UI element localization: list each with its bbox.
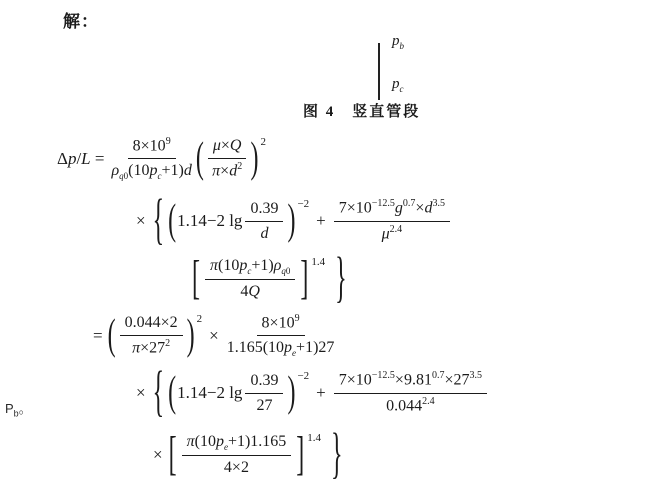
eq4-exponent: 2 xyxy=(197,313,203,325)
eq2-open-text: 1.14−2 lg xyxy=(177,211,242,231)
plus-sign: + xyxy=(316,383,326,403)
eq2-frac2-numerator: 7×10−12.5g0.7×d3.5 xyxy=(334,198,450,221)
left-paren: ( xyxy=(168,199,176,242)
eq4-frac1-numerator: 0.044×2 xyxy=(120,313,183,336)
equation-line-4: = ( 0.044×2 π×272 ) 2 × 8×109 1.165(10pe… xyxy=(93,307,337,365)
eq2-frac1-numerator: 0.39 xyxy=(245,199,283,222)
eq4-fraction-1: 0.044×2 π×272 xyxy=(120,313,183,358)
times-sign: × xyxy=(153,445,163,465)
eq6-frac-numerator: π(10pe+1)1.165 xyxy=(182,432,292,456)
pressure-label-pb: pb xyxy=(392,33,404,51)
pipe-segment-line xyxy=(378,43,380,100)
right-brace: } xyxy=(335,251,347,307)
eq1-frac2-numerator: μ×Q xyxy=(208,136,247,159)
right-paren: ) xyxy=(250,137,258,180)
left-paren: ( xyxy=(168,371,176,414)
pressure-label-pc: pc xyxy=(392,76,404,94)
right-paren: ) xyxy=(287,371,295,414)
equation-line-3: [ π(10pc+1)ρq0 4Q ] 1.4 } xyxy=(190,250,350,308)
eq6-frac-denominator: 4×2 xyxy=(224,456,249,478)
right-bracket: ] xyxy=(296,431,304,479)
eq5-frac1-denominator: 27 xyxy=(256,394,272,416)
eq5-frac2-numerator: 7×10−12.5×9.810.7×273.5 xyxy=(334,370,487,393)
eq6-exponent: 1.4 xyxy=(307,432,321,444)
eq5-frac1-numerator: 0.39 xyxy=(245,371,283,394)
times-sign: × xyxy=(136,211,146,231)
eq4-frac1-denominator: π×272 xyxy=(132,336,170,358)
figure-caption: 图 4 竖直管段 xyxy=(303,100,420,121)
eq1-exponent: 2 xyxy=(260,136,266,148)
eq4-frac2-numerator: 8×109 xyxy=(257,313,305,336)
eq6-fraction: π(10pe+1)1.165 4×2 xyxy=(182,432,292,478)
margin-note-pb: Pb。 xyxy=(5,398,32,419)
eq2-fraction-2: 7×10−12.5g0.7×d3.5 μ2.4 xyxy=(334,198,450,244)
left-bracket: [ xyxy=(169,431,177,479)
right-brace: } xyxy=(331,427,343,483)
eq5-fraction-2: 7×10−12.5×9.810.7×273.5 0.0442.4 xyxy=(334,370,487,416)
eq2-exponent: −2 xyxy=(297,198,309,210)
eq1-frac1-denominator: ρq0(10pc+1)d xyxy=(111,159,191,182)
eq3-frac-numerator: π(10pc+1)ρq0 xyxy=(205,256,295,280)
left-paren: ( xyxy=(108,314,116,357)
solution-label: 解： xyxy=(63,7,99,32)
times-sign: × xyxy=(136,383,146,403)
eq3-frac-denominator: 4Q xyxy=(240,280,260,302)
eq4-fraction-2: 8×109 1.165(10pe+1)27 xyxy=(227,313,335,360)
equation-line-6: × [ π(10pe+1)1.165 4×2 ] 1.4 } xyxy=(153,426,346,484)
times-sign: × xyxy=(209,326,219,346)
eq1-fraction-2: μ×Q π×d2 xyxy=(208,136,247,181)
eq2-frac1-denominator: d xyxy=(260,222,268,244)
equals-sign: = xyxy=(93,326,103,346)
left-paren: ( xyxy=(196,137,204,180)
eq5-exponent: −2 xyxy=(297,370,309,382)
equation-line-5: × { ( 1.14−2 lg 0.39 27 ) −2 + 7×10−12.5… xyxy=(136,364,490,422)
eq5-fraction-1: 0.39 27 xyxy=(245,371,283,416)
eq3-exponent: 1.4 xyxy=(311,256,325,268)
eq1-fraction-1: 8×109 ρq0(10pc+1)d xyxy=(111,136,191,183)
eq3-fraction: π(10pc+1)ρq0 4Q xyxy=(205,256,295,302)
eq2-fraction-1: 0.39 d xyxy=(245,199,283,244)
right-paren: ) xyxy=(187,314,195,357)
equation-line-2: × { ( 1.14−2 lg 0.39 d ) −2 + 7×10−12.5g… xyxy=(136,192,453,250)
eq1-lhs: Δp/L = xyxy=(57,149,104,169)
eq1-frac1-numerator: 8×109 xyxy=(128,136,176,159)
left-brace: { xyxy=(153,193,165,249)
eq5-frac2-denominator: 0.0442.4 xyxy=(386,394,435,416)
equation-line-1: Δp/L = 8×109 ρq0(10pc+1)d ( μ×Q π×d2 ) 2 xyxy=(57,130,268,188)
eq4-frac2-denominator: 1.165(10pe+1)27 xyxy=(227,336,335,359)
right-paren: ) xyxy=(287,199,295,242)
left-brace: { xyxy=(153,365,165,421)
right-bracket: ] xyxy=(300,255,308,303)
plus-sign: + xyxy=(316,211,326,231)
eq5-open-text: 1.14−2 lg xyxy=(177,383,242,403)
eq1-frac2-denominator: π×d2 xyxy=(212,159,242,181)
eq2-frac2-denominator: μ2.4 xyxy=(382,222,403,244)
left-bracket: [ xyxy=(192,255,200,303)
